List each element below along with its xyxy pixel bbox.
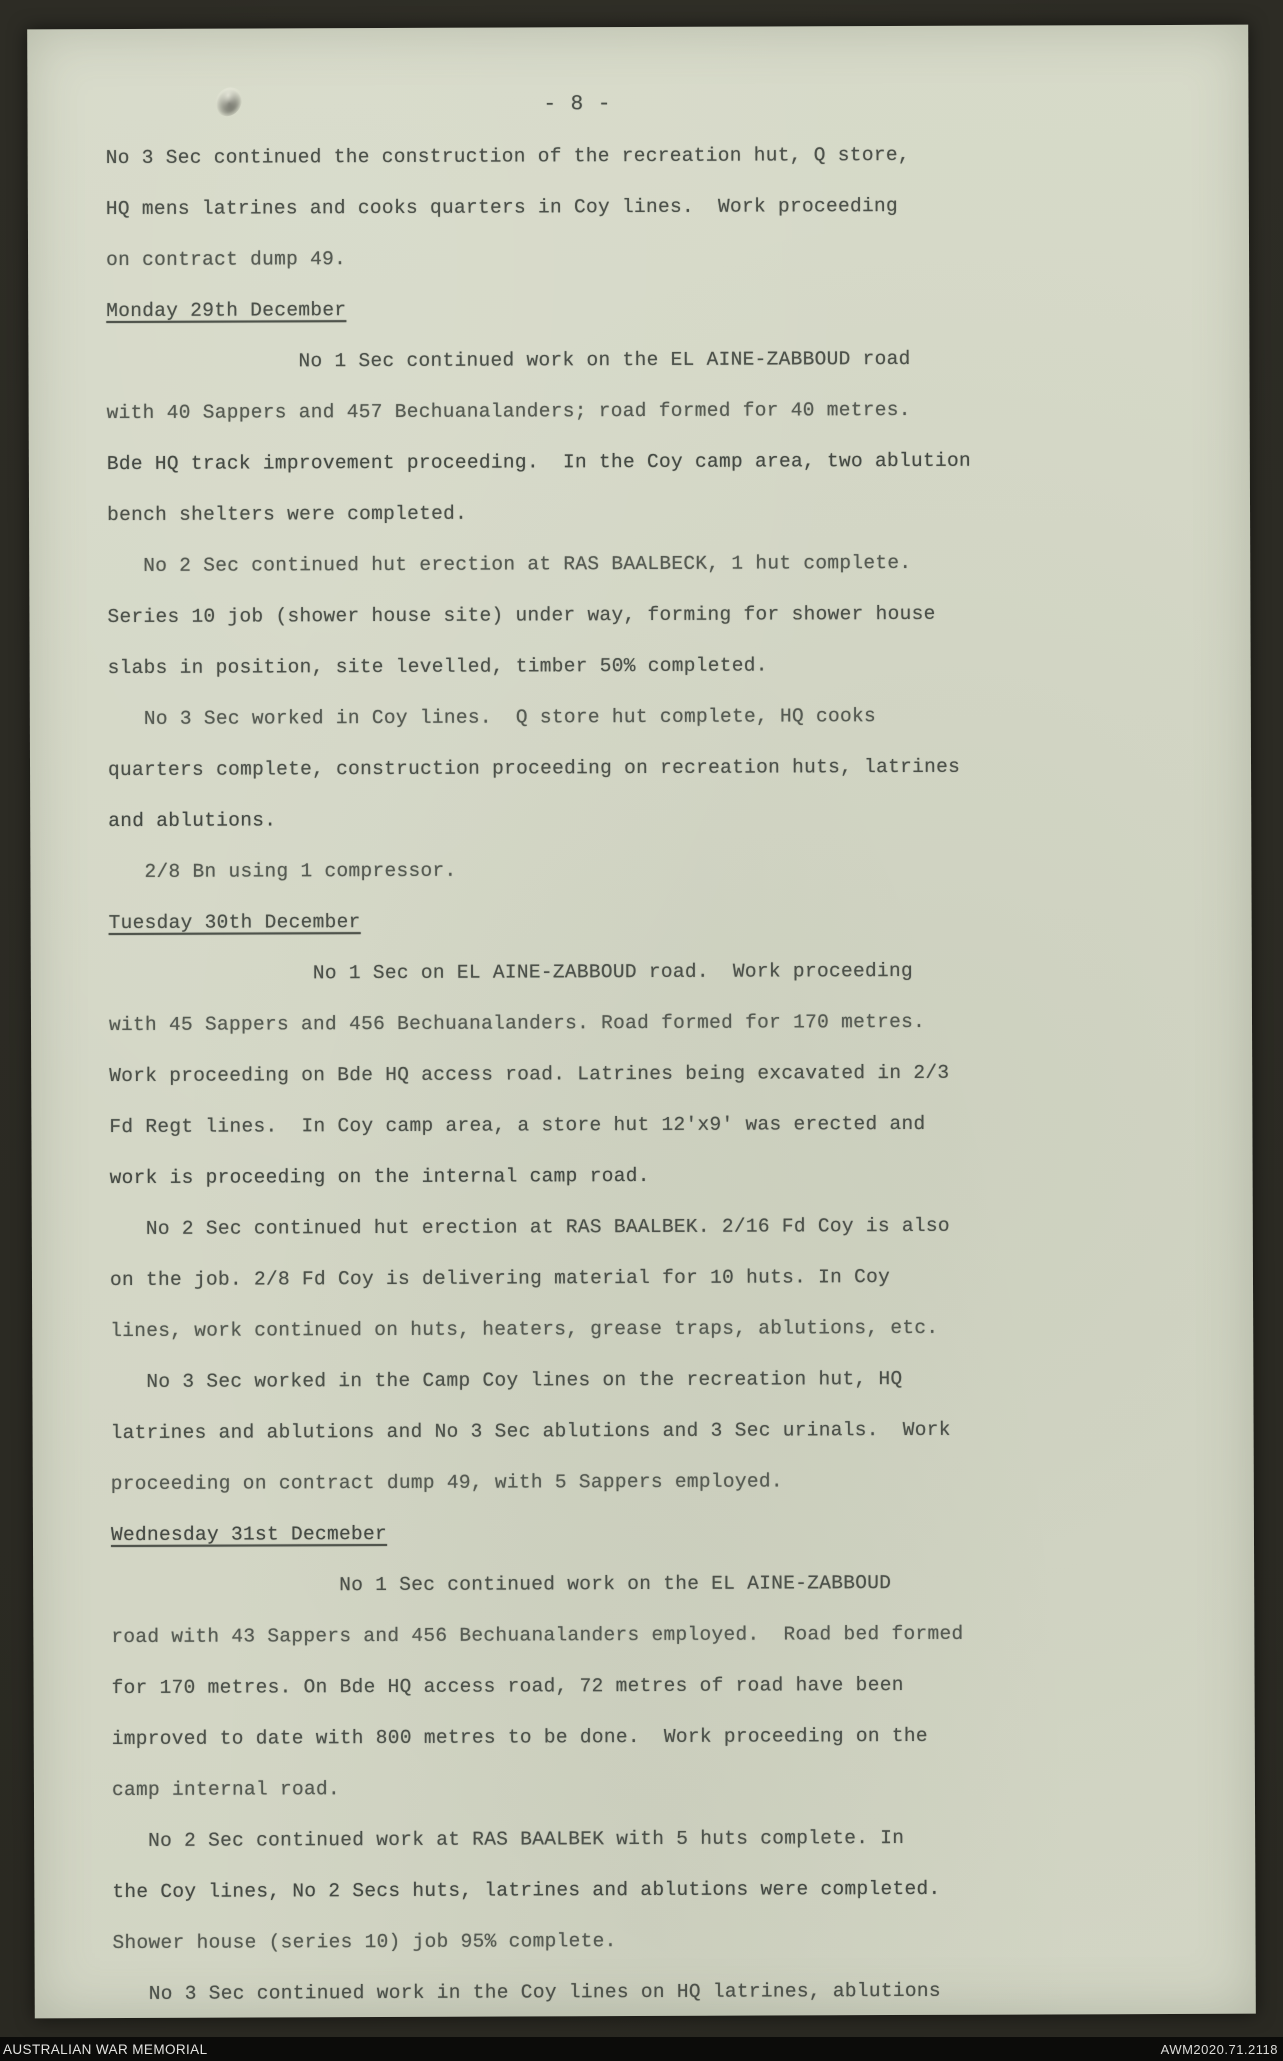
text-line: Bde HQ track improvement proceeding. In … [107,435,1207,490]
text-line: road with 43 Sappers and 456 Bechuanalan… [111,1608,1211,1663]
text-line: on contract dump 49. [106,231,1206,286]
text-line: No 3 Sec continued the construction of t… [106,129,1206,184]
text-line: slabs in position, site levelled, timber… [108,639,1208,694]
text-line: and ablutions. [108,792,1208,847]
text-line: 2/8 Bn using 1 compressor. [108,843,1208,898]
text-line: quarters complete, construction proceedi… [108,741,1208,796]
text-line: No 2 Sec continued work at RAS BAALBEK w… [112,1812,1212,1867]
text-line: Series 10 job (shower house site) under … [107,588,1207,643]
text-line: proceeding on contract dump 49, with 5 S… [111,1455,1211,1510]
text-line: No 3 Sec continued work in the Coy lines… [113,1965,1213,2020]
archive-name: AUSTRALIAN WAR MEMORIAL [3,2042,207,2057]
archive-mat: - 8 - No 3 Sec continued the constructio… [0,0,1283,2061]
text-line: No 2 Sec continued hut erection at RAS B… [110,1200,1210,1255]
text-line: latrines and ablutions and No 3 Sec ablu… [110,1404,1210,1459]
text-line: No 2 Sec continued hut erection at RAS B… [107,537,1207,592]
diary-heading: Monday 29th December [106,282,1206,337]
text-line: for 170 metres. On Bde HQ access road, 7… [111,1659,1211,1714]
document-page: - 8 - No 3 Sec continued the constructio… [27,25,1256,2019]
diary-heading: Tuesday 30th December [109,894,1209,949]
text-line: camp internal road. [112,1761,1212,1816]
text-line: with 40 Sappers and 457 Bechuanalanders;… [107,384,1207,439]
page-number: - 8 - [27,91,1127,118]
diary-heading: Wednesday 31st Decmeber [111,1506,1211,1561]
text-line: work is proceeding on the internal camp … [110,1149,1210,1204]
text-line: with 45 Sappers and 456 Bechuanalanders.… [109,996,1209,1051]
text-line: on the job. 2/8 Fd Coy is delivering mat… [110,1251,1210,1306]
text-line: lines, work continued on huts, heaters, … [110,1302,1210,1357]
text-line: improved to date with 800 metres to be d… [112,1710,1212,1765]
text-line: Work proceeding on Bde HQ access road. L… [109,1047,1209,1102]
text-line: the Coy lines, No 2 Secs huts, latrines … [112,1863,1212,1918]
text-line: bench shelters were completed. [107,486,1207,541]
text-line: No 1 Sec on EL AINE-ZABBOUD road. Work p… [109,945,1209,1000]
footer-bar: AUSTRALIAN WAR MEMORIAL AWM2020.71.2118 [0,2037,1283,2061]
text-line: No 3 Sec worked in Coy lines. Q store hu… [108,690,1208,745]
text-line: Shower house (series 10) job 95% complet… [112,1914,1212,1969]
text-line: No 1 Sec continued work on the EL AINE-Z… [106,333,1206,388]
text-line: No 1 Sec continued work on the EL AINE-Z… [111,1557,1211,1612]
accession-number: AWM2020.71.2118 [1161,2042,1278,2057]
text-line: HQ mens latrines and cooks quarters in C… [106,180,1206,235]
text-line: No 3 Sec worked in the Camp Coy lines on… [110,1353,1210,1408]
text-line: Fd Regt lines. In Coy camp area, a store… [109,1098,1209,1153]
diary-text: No 3 Sec continued the construction of t… [106,129,1213,2020]
